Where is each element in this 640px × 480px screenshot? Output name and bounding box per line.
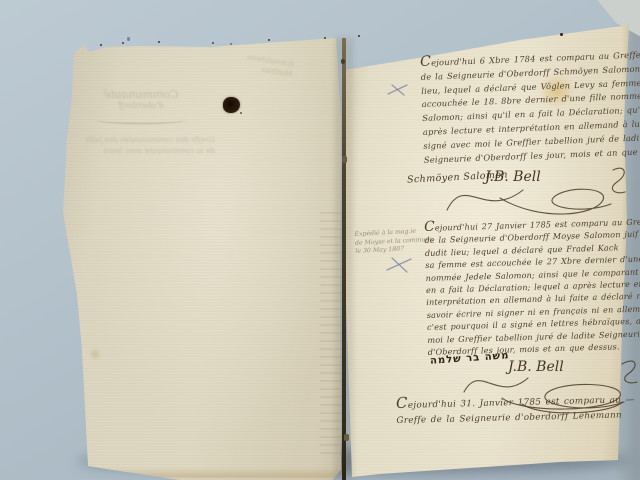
deckle-edge: [70, 468, 350, 478]
blue-mark: [127, 37, 130, 41]
bleedthrough-line: Greffe des communautés des juifs: [86, 134, 215, 145]
paper-stain: [88, 348, 102, 360]
pencil-x-mark: [386, 256, 412, 274]
register-entry-1785-01-31: Cejourd'hui 31. Janvier 1785 est comparu…: [396, 395, 625, 430]
ink-blot: [223, 97, 240, 113]
bleedthrough-line: de la communauté avec leurs: [86, 145, 215, 156]
marginal-note: Expédié à la mag.ie de Moyse et la commu…: [354, 227, 429, 257]
bleedthrough-gutter-strip: [320, 210, 342, 460]
pencil-x-mark: [387, 83, 409, 97]
bleedthrough-line: d'oberdorff: [86, 101, 196, 110]
clerk-signature: J.B. Bell: [505, 359, 564, 375]
manuscript-photo: Communauté d'oberdorff Schmalzheim Matth…: [0, 0, 640, 480]
bleedthrough-text-block: Greffe des communautés des juifs de la c…: [86, 134, 215, 156]
binding-stitch: [342, 156, 347, 163]
clerk-signature-flourish: J.B. Bell: [445, 160, 630, 218]
binding-stitch: [341, 59, 345, 64]
ink-speck: [240, 112, 242, 114]
bleedthrough-line: Communauté: [86, 88, 196, 101]
bleedthrough-flourish: [96, 116, 186, 124]
ink-speck: [560, 33, 563, 36]
clerk-signature: J.B. Bell: [482, 169, 541, 185]
binding-stitch: [344, 434, 349, 441]
register-entry-1785-01-27: Cejourd'hui 27 Janvier 1785 est comparu …: [424, 217, 633, 359]
bleedthrough-heading: Communauté d'oberdorff: [86, 88, 196, 110]
torn-edge-specks: [100, 44, 102, 46]
register-entry-1784-12-06: Cejourd'hui 6 Xbre 1784 est comparu au G…: [420, 50, 629, 168]
binding-gutter: [342, 38, 346, 480]
